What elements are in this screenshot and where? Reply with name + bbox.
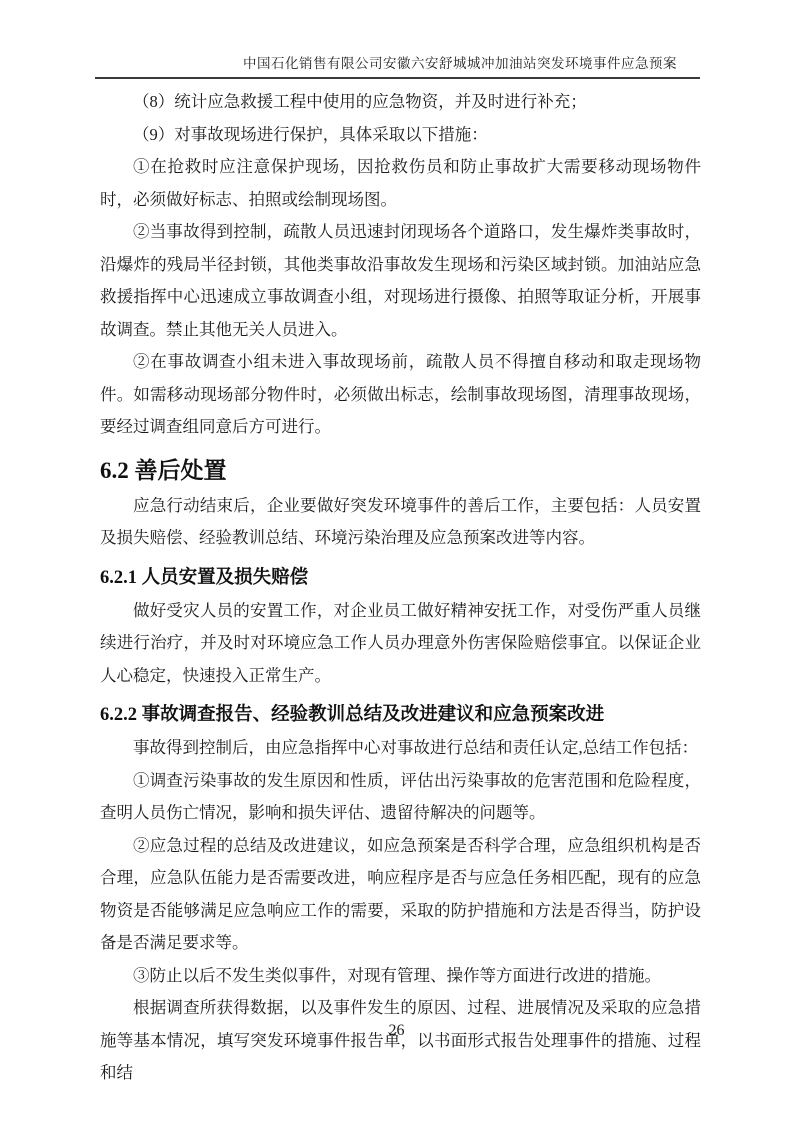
paragraph-resettlement: 做好受灾人员的安置工作，对企业员工做好精神安抚工作，对受伤严重人员继续进行治疗，… xyxy=(100,595,701,693)
paragraph-investigation-2: ②应急过程的总结及改进建议，如应急预案是否科学合理，应急组织机构是否合理，应急队… xyxy=(100,830,701,960)
paragraph-investigation-3: ③防止以后不发生类似事件，对现有管理、操作等方面进行改进的措施。 xyxy=(100,960,701,993)
page-number: 26 xyxy=(389,1022,405,1039)
document-body: （8）统计应急救援工程中使用的应急物资，并及时进行补充； （9）对事故现场进行保… xyxy=(100,86,701,1090)
page-footer: 26 xyxy=(0,1022,793,1040)
section-heading-6-2: 6.2 善后处置 xyxy=(100,455,701,487)
paragraph-summary-intro: 事故得到控制后，由应急指挥中心对事故进行总结和责任认定,总结工作包括： xyxy=(100,732,701,765)
document-page: 中国石化销售有限公司安徽六安舒城城冲加油站突发环境事件应急预案 （8）统计应急救… xyxy=(0,0,793,1122)
paragraph-measure-2b: ②在事故调查小组未进入事故现场前，疏散人员不得擅自移动和取走现场物件。如需移动现… xyxy=(100,346,701,444)
page-header: 中国石化销售有限公司安徽六安舒城城冲加油站突发环境事件应急预案 xyxy=(95,52,700,79)
paragraph-report-filling: 根据调查所获得数据，以及事件发生的原因、过程、进展情况及采取的应急措施等基本情况… xyxy=(100,992,701,1090)
section-heading-6-2-1: 6.2.1 人员安置及损失赔偿 xyxy=(100,563,701,593)
section-heading-6-2-2: 6.2.2 事故调查报告、经验教训总结及改进建议和应急预案改进 xyxy=(100,700,701,730)
paragraph-measure-2: ②当事故得到控制，疏散人员迅速封闭现场各个道路口，发生爆炸类事故时，沿爆炸的残局… xyxy=(100,216,701,346)
header-title: 中国石化销售有限公司安徽六安舒城城冲加油站突发环境事件应急预案 xyxy=(243,56,677,71)
paragraph-measure-1: ①在抢救时应注意保护现场，因抢救伤员和防止事故扩大需要移动现场物件时，必须做好标… xyxy=(100,151,701,216)
paragraph-item-8: （8）统计应急救援工程中使用的应急物资，并及时进行补充； xyxy=(100,86,701,119)
paragraph-item-9: （9）对事故现场进行保护，具体采取以下措施： xyxy=(100,119,701,152)
paragraph-aftermath-intro: 应急行动结束后，企业要做好突发环境事件的善后工作，主要包括：人员安置及损失赔偿、… xyxy=(100,490,701,555)
paragraph-investigation-1: ①调查污染事故的发生原因和性质，评估出污染事故的危害范围和危险程度，查明人员伤亡… xyxy=(100,765,701,830)
